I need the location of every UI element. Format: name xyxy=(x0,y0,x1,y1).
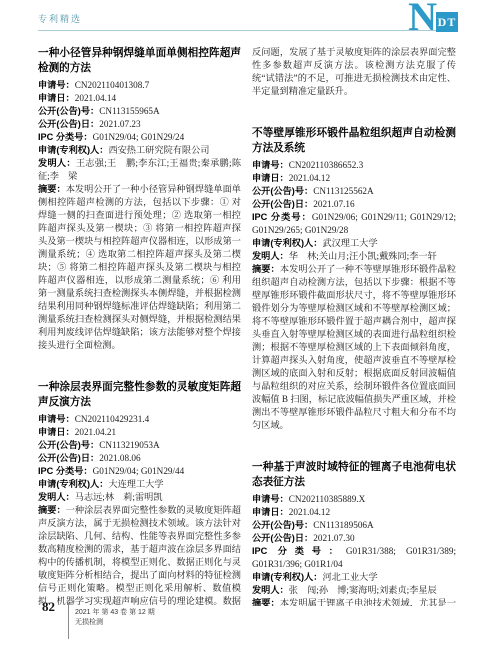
patent-title: 不等壁厚锥形环锻件晶粒组织超声自动检测方法及系统 xyxy=(252,126,456,155)
field-label: 申请号： xyxy=(38,80,75,90)
field-value: 2021.07.23 xyxy=(99,119,140,129)
field-label: 公开(公告)号： xyxy=(38,106,99,116)
field-label: 申请(专利权)人： xyxy=(252,572,322,582)
field-ipc-class: IPC 分类号：G01R31/388; G01R31/389; G01R31/3… xyxy=(252,545,456,571)
field-value: CN113189506A xyxy=(313,520,373,530)
field-publication-number: 公开(公告)号：CN113219053A xyxy=(38,439,241,452)
field-inventors: 发明人：张 闯;孙 博;窦海明;刘素贞;李星辰 xyxy=(252,584,456,597)
field-value: CN202110401308.7 xyxy=(75,80,149,90)
patent-title: 一种基于声波时域特征的锂离子电池荷电状态表征方法 xyxy=(252,460,456,489)
field-label: IPC 分类号： xyxy=(38,466,93,476)
field-publication-number: 公开(公告)号：CN113189506A xyxy=(252,519,456,532)
field-label: 摘要： xyxy=(252,598,280,606)
field-label: 公开(公告)号： xyxy=(252,520,313,530)
page-number: 82 xyxy=(42,599,55,615)
field-label: IPC 分类号： xyxy=(38,132,93,142)
footer-issue: 2021 年 第 43 卷 第 12 期 xyxy=(75,608,155,618)
field-inventors: 发明人：华 林;关山月;汪小凯;戴殊同;李一轩 xyxy=(252,250,456,263)
patent-abstract: 摘要：本发明公开了一种不等壁厚锥形环锻件晶粒组织超声自动检测方法，包括以下步骤：… xyxy=(252,263,456,432)
ndt-logo: N DT xyxy=(408,2,458,32)
field-label: 公开(公告)日： xyxy=(252,533,313,543)
field-value: CN202110429231.4 xyxy=(75,414,149,424)
field-label: 公开(公告)日： xyxy=(38,119,99,129)
field-label: 申请日： xyxy=(38,93,75,103)
field-label: 公开(公告)号： xyxy=(38,440,99,450)
patent-entry: 一种涂层表界面完整性参数的灵敏度矩阵超声反演方法 申请号：CN202110429… xyxy=(38,380,241,606)
right-column: 反问题，发展了基于灵敏度矩阵的涂层表界面完整性多参数超声反演方法。该检测方法克服… xyxy=(252,46,456,606)
field-publication-date: 公开(公告)日：2021.07.30 xyxy=(252,532,456,545)
field-label: 发明人： xyxy=(252,251,289,261)
patent-gazette-page: 专利精选 N DT 一种小径管异种钢焊缝单面单侧相控阵超声检测的方法 申请号：C… xyxy=(0,0,480,651)
logo-box-dt: DT xyxy=(436,12,458,32)
field-label: 发明人： xyxy=(252,585,289,595)
field-label: 摘要： xyxy=(38,184,66,194)
abstract-text: 本发明属于锂离子电池技术领域，尤其是一种基于声波时域特征的锂离子电池荷电状态表征… xyxy=(252,598,456,606)
field-label: 申请(专利权)人： xyxy=(252,238,322,248)
logo-letter-n: N xyxy=(408,2,437,32)
field-applicant: 申请(专利权)人：武汉理工大学 xyxy=(252,237,456,250)
field-label: 公开(公告)号： xyxy=(252,186,313,196)
field-ipc-class: IPC 分类号：G01N29/06; G01N29/11; G01N29/12;… xyxy=(252,211,456,237)
field-application-number: 申请号：CN202110401308.7 xyxy=(38,79,241,92)
field-value: 大连理工大学 xyxy=(108,479,163,489)
abstract-text: 本发明公开了一种小径管异种钢焊缝单面单侧相控阵超声检测的方法，包括以下步骤：① … xyxy=(38,184,241,350)
field-label: 公开(公告)日： xyxy=(38,453,99,463)
field-applicant: 申请(专利权)人：西安热工研究院有限公司 xyxy=(38,144,241,157)
patent-abstract: 摘要：本发明属于锂离子电池技术领域，尤其是一种基于声波时域特征的锂离子电池荷电状… xyxy=(252,597,456,606)
header-divider xyxy=(38,30,456,31)
field-label: 申请号： xyxy=(38,414,75,424)
patent-abstract: 摘要：本发明公开了一种小径管异种钢焊缝单面单侧相控阵超声检测的方法，包括以下步骤… xyxy=(38,183,241,352)
field-value: 华 林;关山月;汪小凯;戴殊同;李一轩 xyxy=(289,251,437,261)
footer-journal-name: 无损检测 xyxy=(75,618,155,628)
field-application-number: 申请号：CN202110386652.3 xyxy=(252,159,456,172)
field-label: 发明人： xyxy=(38,158,76,168)
field-label: 申请号： xyxy=(252,160,289,170)
field-value: 张 闯;孙 博;窦海明;刘素贞;李星辰 xyxy=(289,585,437,595)
footer-divider xyxy=(68,603,69,639)
field-label: IPC 分类号： xyxy=(252,546,346,556)
field-label: 申请日： xyxy=(252,173,289,183)
patent-abstract: 摘要：一种涂层表界面完整性参数的灵敏度矩阵超声反演方法，属于无损检测技术领域。该… xyxy=(38,504,241,606)
patent-title: 一种小径管异种钢焊缝单面单侧相控阵超声检测的方法 xyxy=(38,46,241,75)
field-publication-date: 公开(公告)日：2021.08.06 xyxy=(38,452,241,465)
field-label: 摘要： xyxy=(38,505,66,515)
field-publication-date: 公开(公告)日：2021.07.23 xyxy=(38,118,241,131)
field-application-date: 申请日：2021.04.12 xyxy=(252,506,456,519)
field-value: CN113219053A xyxy=(99,440,159,450)
field-value: G01N29/04; G01N29/44 xyxy=(93,466,185,476)
field-value: 2021.04.21 xyxy=(75,427,116,437)
field-value: 2021.08.06 xyxy=(99,453,140,463)
field-value: 武汉理工大学 xyxy=(322,238,377,248)
field-application-number: 申请号：CN202110429231.4 xyxy=(38,413,241,426)
field-value: 2021.07.16 xyxy=(313,199,354,209)
field-value: CN202110386652.3 xyxy=(289,160,363,170)
field-label: 申请日： xyxy=(252,507,289,517)
field-label: 申请(专利权)人： xyxy=(38,479,108,489)
field-label: 申请(专利权)人： xyxy=(38,145,108,155)
section-label: 专利精选 xyxy=(38,12,82,25)
abstract-text: 本发明公开了一种不等壁厚锥形环锻件晶粒组织超声自动检测方法，包括以下步骤：根据不… xyxy=(252,264,456,430)
field-applicant: 申请(专利权)人：大连理工大学 xyxy=(38,478,241,491)
field-applicant: 申请(专利权)人：河北工业大学 xyxy=(252,571,456,584)
patent-entry: 不等壁厚锥形环锻件晶粒组织超声自动检测方法及系统 申请号：CN202110386… xyxy=(252,126,456,432)
field-value: 马志远;林 莉;雷明凯 xyxy=(75,492,163,502)
field-publication-number: 公开(公告)号：CN113155965A xyxy=(38,105,241,118)
field-application-number: 申请号：CN202110385889.X xyxy=(252,493,456,506)
field-value: CN202110385889.X xyxy=(289,494,365,504)
field-label: IPC 分类号： xyxy=(252,212,312,222)
field-value: 2021.04.12 xyxy=(289,173,330,183)
patent-entry: 一种基于声波时域特征的锂离子电池荷电状态表征方法 申请号：CN202110385… xyxy=(252,460,456,606)
field-label: 申请日： xyxy=(38,427,75,437)
field-value: 2021.04.12 xyxy=(289,507,330,517)
field-application-date: 申请日：2021.04.14 xyxy=(38,92,241,105)
field-ipc-class: IPC 分类号：G01N29/04; G01N29/44 xyxy=(38,465,241,478)
field-inventors: 发明人：马志远;林 莉;雷明凯 xyxy=(38,491,241,504)
field-inventors: 发明人：王志强;王 鹏;李东江;王福贵;秦承鹏;陈 征;李 梁 xyxy=(38,157,241,183)
patent-title: 一种涂层表界面完整性参数的灵敏度矩阵超声反演方法 xyxy=(38,380,241,409)
field-label: 摘要： xyxy=(252,264,280,274)
abstract-text: 一种涂层表界面完整性参数的灵敏度矩阵超声反演方法，属于无损检测技术领域。该方法针… xyxy=(38,505,241,606)
field-value: 河北工业大学 xyxy=(322,572,377,582)
field-label: 公开(公告)日： xyxy=(252,199,313,209)
field-value: CN113125562A xyxy=(313,186,373,196)
abstract-continuation: 反问题，发展了基于灵敏度矩阵的涂层表界面完整性多参数超声反演方法。该检测方法克服… xyxy=(252,46,456,98)
field-application-date: 申请日：2021.04.12 xyxy=(252,172,456,185)
field-label: 发明人： xyxy=(38,492,75,502)
patent-entry: 一种小径管异种钢焊缝单面单侧相控阵超声检测的方法 申请号：CN202110401… xyxy=(38,46,241,352)
left-column: 一种小径管异种钢焊缝单面单侧相控阵超声检测的方法 申请号：CN202110401… xyxy=(38,46,241,606)
field-application-date: 申请日：2021.04.21 xyxy=(38,426,241,439)
field-value: G01N29/04; G01N29/24 xyxy=(93,132,185,142)
field-publication-number: 公开(公告)号：CN113125562A xyxy=(252,185,456,198)
footer-info: 2021 年 第 43 卷 第 12 期 无损检测 xyxy=(75,608,155,628)
field-value: 2021.04.14 xyxy=(75,93,116,103)
field-publication-date: 公开(公告)日：2021.07.16 xyxy=(252,198,456,211)
field-label: 申请号： xyxy=(252,494,289,504)
field-value: 西安热工研究院有限公司 xyxy=(108,145,209,155)
field-value: 2021.07.30 xyxy=(313,533,354,543)
field-value: CN113155965A xyxy=(99,106,159,116)
field-ipc-class: IPC 分类号：G01N29/04; G01N29/24 xyxy=(38,131,241,144)
